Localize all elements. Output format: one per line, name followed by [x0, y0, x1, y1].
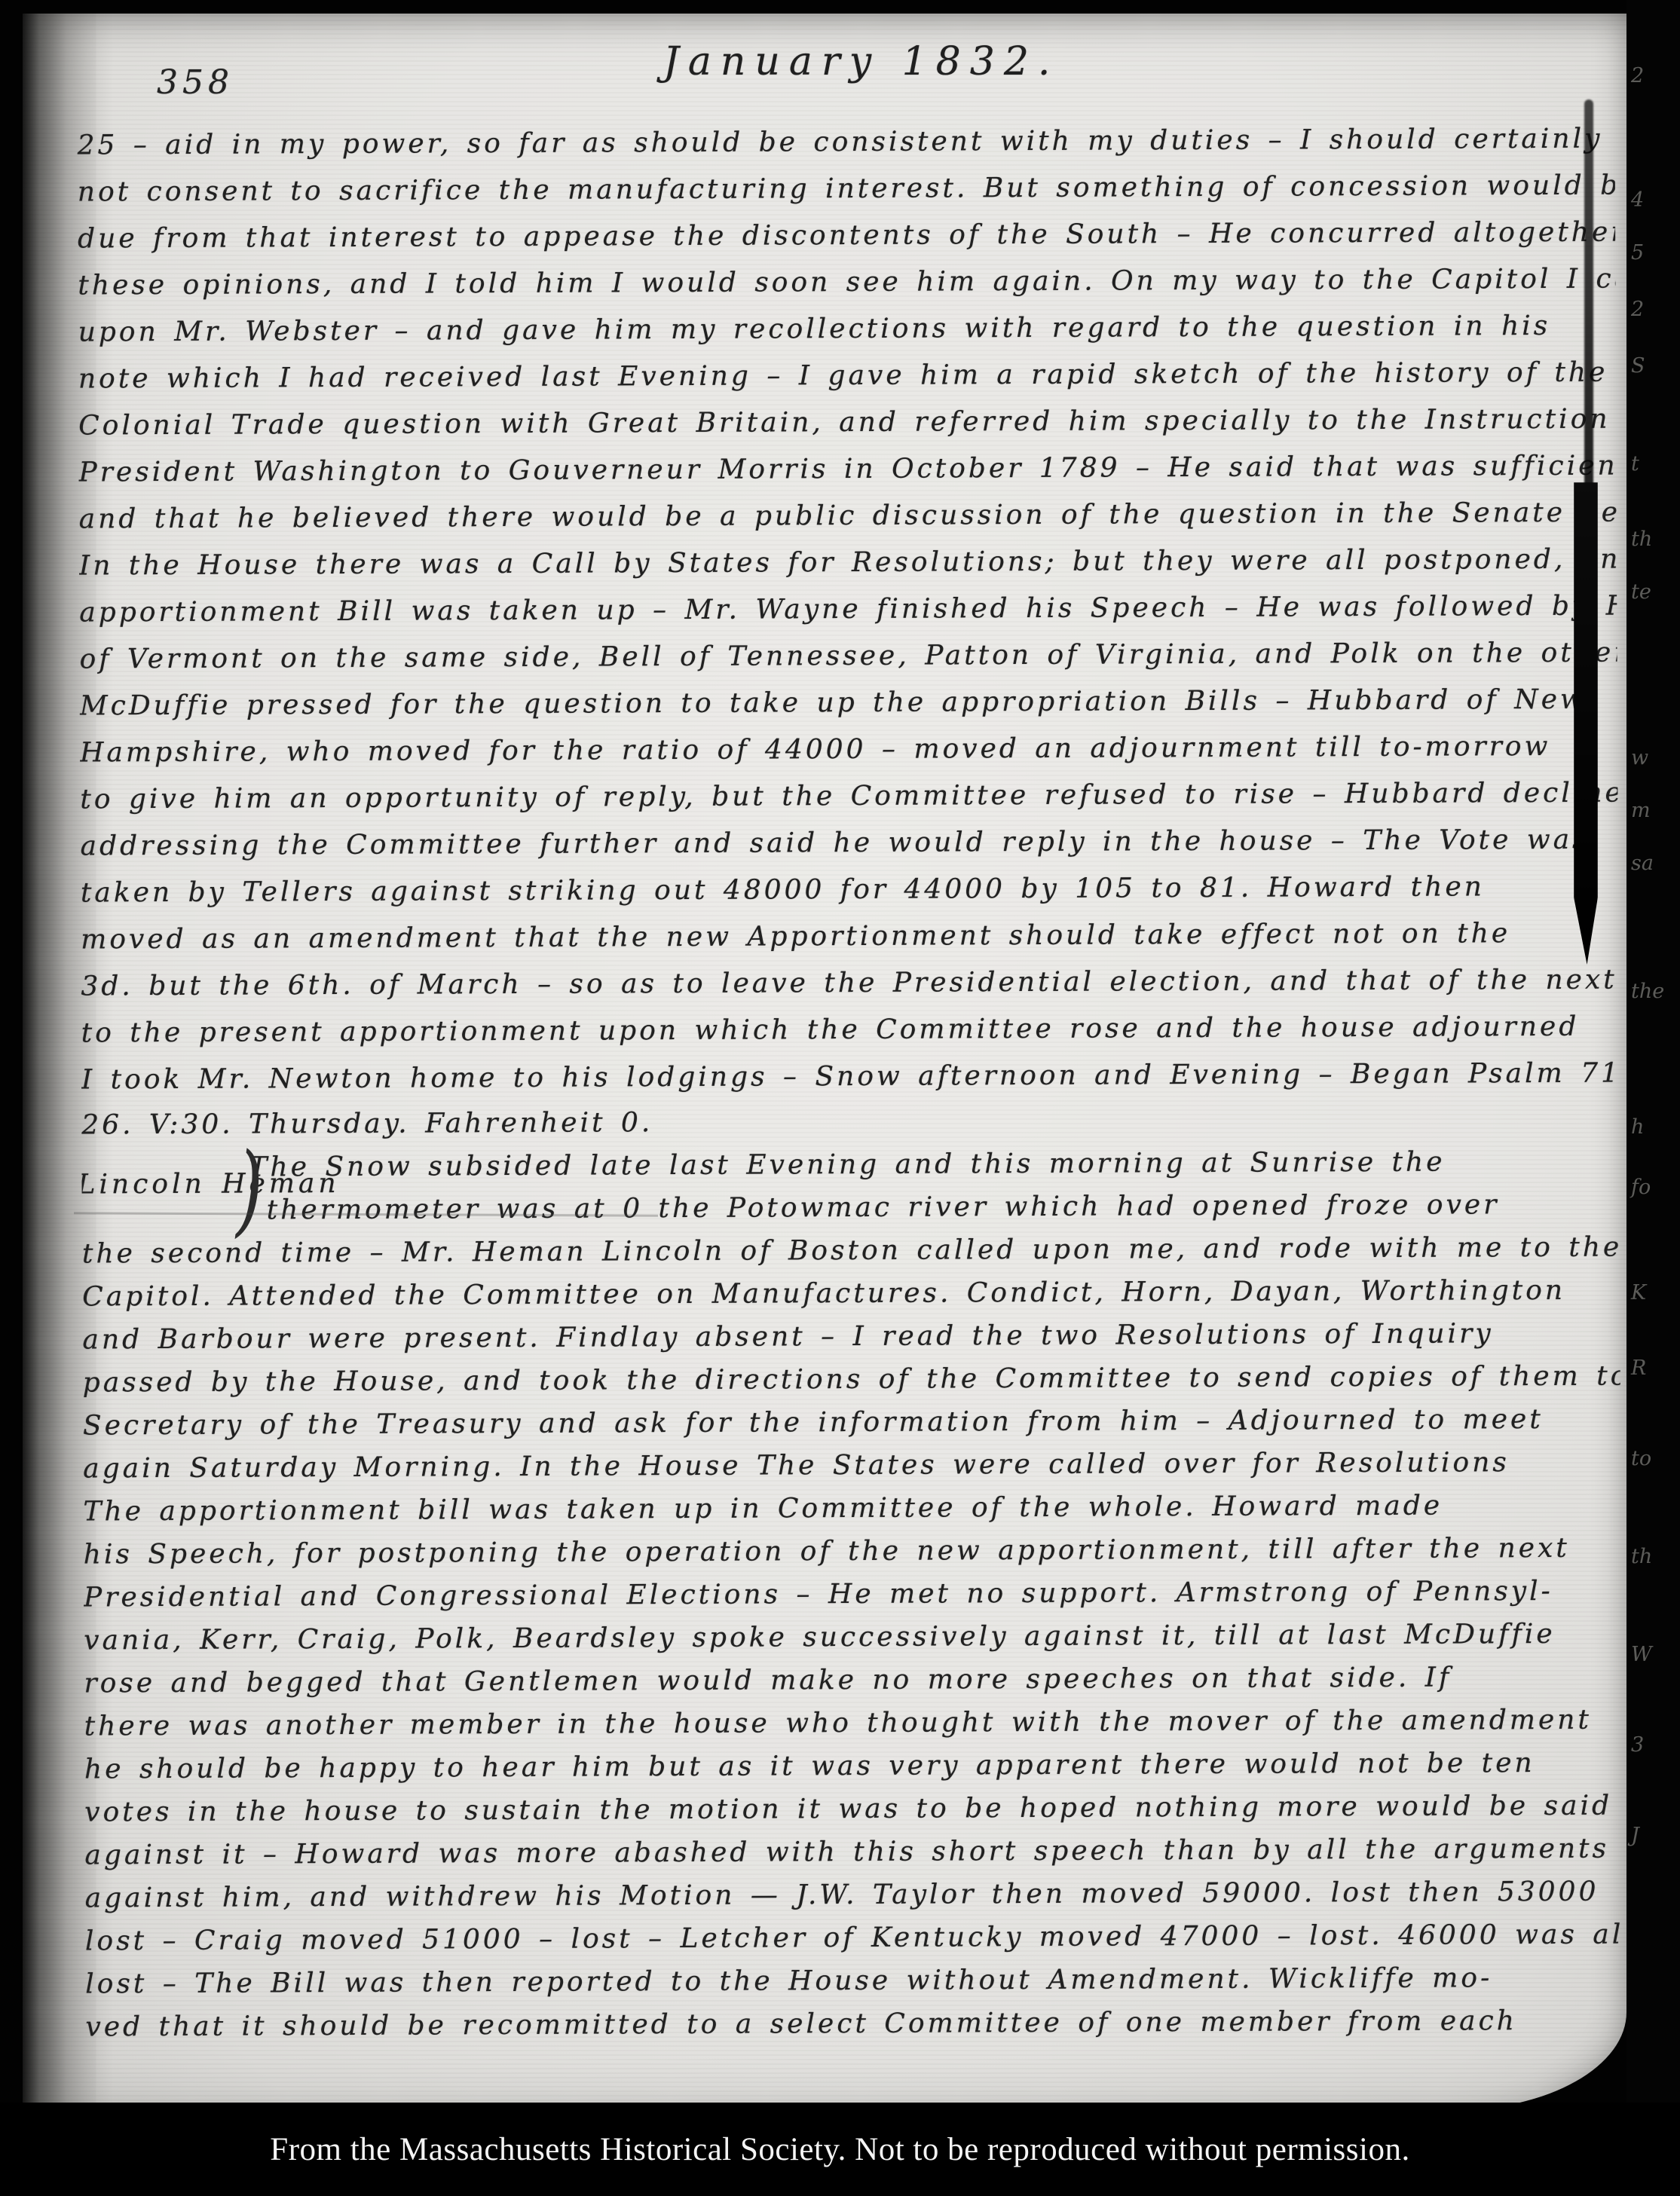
manuscript-line-text: lost – The Bill was then reported to the…: [85, 1962, 1492, 1999]
page-edge-fragment: m: [1631, 799, 1651, 822]
footer-bar: From the Massachusetts Historical Societ…: [0, 2103, 1680, 2196]
manuscript-line: 25 – aid in my power, so far as should b…: [77, 116, 1614, 170]
manuscript-line: 26. V:30. Thursday. Fahrenheit 0.: [81, 1097, 1619, 1147]
manuscript-line: and that he believed there would be a pu…: [79, 490, 1617, 543]
manuscript-line: again Saturday Morning. In the House The…: [83, 1441, 1620, 1491]
page-edge-fragment: to: [1631, 1447, 1651, 1470]
manuscript-line: and Barbour were present. Findlay absent…: [82, 1312, 1620, 1362]
manuscript-line-text: and Barbour were present. Findlay absent…: [82, 1318, 1493, 1355]
manuscript-line-text: there was another member in the house wh…: [84, 1705, 1592, 1742]
manuscript-line-text: upon Mr. Webster – and gave him my recol…: [78, 310, 1551, 348]
manuscript-line: his Speech, for postponing the operation…: [84, 1527, 1621, 1577]
page-edge-fragment: sa: [1631, 852, 1654, 875]
manuscript-line-text: The apportionment bill was taken up in C…: [83, 1491, 1443, 1528]
page-edge-fragment: R: [1631, 1356, 1646, 1380]
manuscript-line-text: Colonial Trade question with Great Brita…: [78, 403, 1623, 441]
manuscript-line-text: McDuffie pressed for the question to tak…: [80, 684, 1587, 722]
page-edge-fragment: W: [1631, 1643, 1652, 1666]
manuscript-line-text: to give him an opportunity of reply, but…: [80, 777, 1623, 815]
manuscript-line-text: vania, Kerr, Craig, Polk, Beardsley spok…: [84, 1619, 1556, 1656]
page-edge-ribbon: [1574, 482, 1598, 965]
manuscript-line-text: and that he believed there would be a pu…: [79, 497, 1623, 535]
manuscript-line: Capitol. Attended the Committee on Manuf…: [82, 1269, 1620, 1319]
manuscript-line-text: lost – Craig moved 51000 – lost – Letche…: [85, 1919, 1623, 1956]
manuscript-line: these opinions, and I told him I would s…: [78, 256, 1615, 310]
manuscript-line-text: the second time – Mr. Heman Lincoln of B…: [82, 1232, 1622, 1270]
manuscript-line-text: he should be happy to hear him but as it…: [84, 1748, 1535, 1785]
manuscript-line: moved as an amendment that the new Appor…: [81, 910, 1618, 964]
manuscript-line-text: again Saturday Morning. In the House The…: [83, 1447, 1510, 1484]
page-edge-fragment: t: [1631, 452, 1639, 476]
manuscript-line-text: addressing the Committee further and sai…: [81, 824, 1590, 862]
page-edge-fragment: th: [1631, 1545, 1652, 1568]
footer-credit: From the Massachusetts Historical Societ…: [270, 2131, 1409, 2168]
manuscript-line-text: passed by the House, and took the direct…: [83, 1360, 1623, 1398]
page-edge-shadow: [1584, 99, 1593, 506]
page-edge-fragment: h: [1631, 1115, 1644, 1139]
page-edge-fragment: K: [1631, 1281, 1646, 1304]
manuscript-line: ved that it should be recommitted to a s…: [85, 1999, 1623, 2049]
manuscript-line-text: to the present apportionment upon which …: [81, 1011, 1580, 1049]
manuscript-line-text: Capitol. Attended the Committee on Manuf…: [82, 1275, 1565, 1313]
manuscript-line: lost – Craig moved 51000 – lost – Letche…: [85, 1913, 1623, 1963]
manuscript-line: McDuffie pressed for the question to tak…: [80, 677, 1617, 730]
manuscript-line-text: moved as an amendment that the new Appor…: [81, 918, 1510, 955]
manuscript-line: Secretary of the Treasury and ask for th…: [83, 1398, 1620, 1448]
page-edge-fragment: w: [1631, 746, 1648, 769]
page-edge-fragment: S: [1631, 354, 1645, 378]
manuscript-line: rose and begged that Gentlemen would mak…: [84, 1656, 1621, 1705]
manuscript-scan: 358 January 1832. 25 – aid in my power, …: [0, 0, 1680, 2196]
manuscript-line: against it – Howard was more abashed wit…: [84, 1827, 1622, 1877]
page-edge-fragment: 3: [1631, 1733, 1644, 1757]
manuscript-line: lost – The Bill was then reported to the…: [85, 1956, 1623, 2006]
manuscript-line: The apportionment bill was taken up in C…: [83, 1484, 1620, 1534]
manuscript-line: due from that interest to appease the di…: [78, 210, 1615, 263]
manuscript-line: apportionment Bill was taken up – Mr. Wa…: [79, 583, 1617, 637]
manuscript-line: Colonial Trade question with Great Brita…: [78, 396, 1616, 450]
manuscript-line-text: 25 – aid in my power, so far as should b…: [77, 124, 1602, 161]
manuscript-line: 3d. but the 6th. of March – so as to lea…: [81, 957, 1618, 1011]
book-edge-band: 2452StthtewmsathehfoKRtothW3J: [1626, 0, 1680, 2196]
manuscript-line: President Washington to Gouverneur Morri…: [78, 443, 1616, 497]
manuscript-line-text: Hampshire, who moved for the ratio of 44…: [80, 731, 1550, 769]
page-edge-fragment: te: [1631, 580, 1651, 604]
page-edge-fragment: 2: [1631, 64, 1644, 87]
manuscript-line: addressing the Committee further and sai…: [80, 817, 1617, 870]
manuscript-line: upon Mr. Webster – and gave him my recol…: [78, 303, 1616, 356]
manuscript-line-text: votes in the house to sustain the motion…: [84, 1791, 1612, 1828]
manuscript-line: I took Mr. Newton home to his lodgings –…: [81, 1051, 1619, 1104]
manuscript-line-text: President Washington to Gouverneur Morri…: [78, 450, 1623, 488]
manuscript-line-text: due from that interest to appease the di…: [78, 216, 1623, 254]
manuscript-line: In the House there was a Call by States …: [79, 537, 1617, 590]
manuscript-line-text: note which I had received last Evening –…: [78, 357, 1608, 395]
page-edge-fragment: the: [1631, 980, 1664, 1003]
manuscript-line: taken by Tellers against striking out 48…: [81, 864, 1618, 917]
manuscript-line-text: these opinions, and I told him I would s…: [78, 263, 1623, 301]
manuscript-line: passed by the House, and took the direct…: [83, 1355, 1620, 1405]
manuscript-line-text: 3d. but the 6th. of March – so as to lea…: [81, 964, 1623, 1002]
manuscript-line-text: against him, and withdrew his Motion — J…: [85, 1876, 1599, 1914]
page-edge-fragment: th: [1631, 528, 1652, 551]
manuscript-line: vania, Kerr, Craig, Polk, Beardsley spok…: [84, 1613, 1621, 1662]
page-edge-fragment: J: [1631, 1824, 1639, 1847]
manuscript-line-text: ved that it should be recommitted to a s…: [85, 2005, 1517, 2042]
manuscript-line-text: thermometer was at 0 the Potowmac river …: [267, 1189, 1500, 1225]
manuscript-line-text: taken by Tellers against striking out 48…: [81, 871, 1485, 908]
manuscript-line: there was another member in the house wh…: [84, 1699, 1622, 1748]
page-number: 358: [157, 63, 234, 102]
manuscript-line: against him, and withdrew his Motion — J…: [85, 1870, 1623, 1920]
manuscript-line-text: The Snow subsided late last Evening and …: [249, 1147, 1445, 1183]
manuscript-line: to the present apportionment upon which …: [81, 1004, 1619, 1057]
manuscript-line-text: of Vermont on the same side, Bell of Ten…: [79, 637, 1623, 674]
manuscript-line: the second time – Mr. Heman Lincoln of B…: [82, 1226, 1620, 1276]
manuscript-line: to give him an opportunity of reply, but…: [80, 770, 1617, 824]
manuscript-line: note which I had received last Evening –…: [78, 350, 1616, 403]
manuscript-line: not consent to sacrifice the manufacturi…: [78, 163, 1615, 216]
page-edge-fragment: 4: [1631, 188, 1644, 212]
manuscript-line-text: against it – Howard was more abashed wit…: [84, 1834, 1609, 1871]
manuscript-line-text: his Speech, for postponing the operation…: [84, 1533, 1570, 1571]
manuscript-line-text: I took Mr. Newton home to his lodgings –…: [81, 1057, 1623, 1095]
manuscript-line-text: Secretary of the Treasury and ask for th…: [83, 1404, 1544, 1441]
manuscript-line: of Vermont on the same side, Bell of Ten…: [79, 630, 1617, 684]
manuscript-line: Lincoln Heman)The Snow subsided late las…: [81, 1140, 1619, 1190]
manuscript-line-text: In the House there was a Call by States …: [79, 543, 1623, 581]
manuscript-line-text: rose and begged that Gentlemen would mak…: [84, 1662, 1452, 1699]
manuscript-line: Presidential and Congressional Elections…: [84, 1570, 1621, 1619]
manuscript-line-text: not consent to sacrifice the manufacturi…: [78, 170, 1623, 207]
manuscript-line: he should be happy to hear him but as it…: [84, 1742, 1622, 1791]
manuscript-line-text: 26. V:30. Thursday. Fahrenheit 0.: [81, 1107, 653, 1140]
manuscript-line: Hampshire, who moved for the ratio of 44…: [80, 723, 1617, 777]
manuscript-line-text: Presidential and Congressional Elections…: [84, 1576, 1553, 1613]
page-edge-fragment: 5: [1631, 241, 1644, 265]
diary-page: 358 January 1832. 25 – aid in my power, …: [23, 14, 1626, 2110]
manuscript-lines: 25 – aid in my power, so far as should b…: [77, 116, 1623, 2049]
page-edge-fragment: fo: [1631, 1176, 1651, 1199]
manuscript-line-text: apportionment Bill was taken up – Mr. Wa…: [79, 590, 1623, 628]
manuscript-line: thermometer was at 0 the Potowmac river …: [82, 1183, 1620, 1233]
page-header: January 1832.: [663, 39, 1059, 84]
page-edge-fragment: 2: [1631, 298, 1644, 321]
manuscript-line: votes in the house to sustain the motion…: [84, 1785, 1622, 1834]
